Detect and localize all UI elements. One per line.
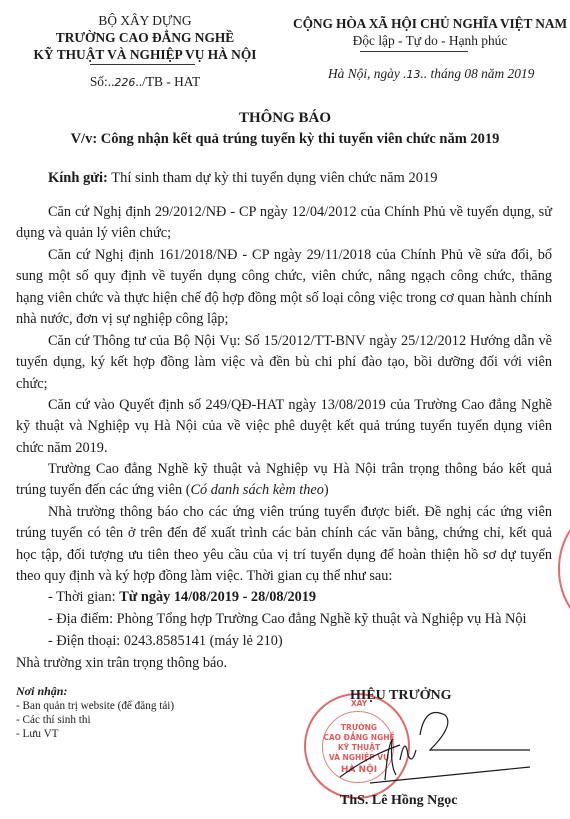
ministry-name: BỘ XÂY DỰNG [0,13,290,29]
detail-place: - Địa điểm: Phòng Tổng hợp Trường Cao đẳ… [48,611,526,628]
announcement-paragraph: Trường Cao đẳng Nghề kỹ thuật và Nghiệp … [16,459,552,502]
request-text: Nhà trường thông báo cho các ứng viên tr… [16,504,552,584]
notice-subject: V/v: Công nhận kết quả trúng tuyển kỳ th… [0,131,570,148]
legal-basis-2: Căn cứ Nghị định 161/2018/NĐ - CP ngày 2… [16,245,552,331]
header-left-rule [90,64,195,65]
closing-line: Nhà trường xin trân trọng thông báo. [16,655,227,672]
time-label: - Thời gian: [48,589,119,605]
signer-name: ThS. Lê Hồng Ngọc [340,793,457,809]
stamp-edge-decoration [558,512,570,626]
republic-name: CỘNG HÒA XÃ HỘI CHỦ NGHĨA VIỆT NAM [290,16,570,32]
announcement-close: ) [324,482,329,498]
date-day-handwritten: 13 [406,68,420,81]
detail-phone: - Điện thoại: 0243.8585141 (máy lẻ 210) [48,633,283,650]
doc-number-prefix: Số:.. [90,74,115,89]
handwritten-signature-icon [330,705,530,785]
doc-number-handwritten: 226 [114,76,135,89]
legal-basis-4-text: Căn cứ vào Quyết định số 249/QĐ-HAT ngày… [16,397,552,456]
legal-basis-3: Căn cứ Thông tư của Bộ Nội Vụ: Số 15/201… [16,331,552,395]
time-value: Từ ngày 14/08/2019 - 28/08/2019 [119,589,316,605]
detail-time: - Thời gian: Từ ngày 14/08/2019 - 28/08/… [48,589,316,606]
school-name-line2: KỸ THUẬT VÀ NGHIỆP VỤ HÀ NỘI [0,47,290,63]
date-prefix: Hà Nội, ngày . [328,66,406,81]
national-motto: Độc lập - Tự do - Hạnh phúc [290,33,570,49]
addressee-value: Thí sinh tham dự kỳ thi tuyển dụng viên … [111,170,437,186]
legal-basis-2-text: Căn cứ Nghị định 161/2018/NĐ - CP ngày 2… [16,247,552,327]
recipient-item: - Lưu VT [16,728,59,740]
legal-basis-1-text: Căn cứ Nghị định 29/2012/NĐ - CP ngày 12… [16,204,552,241]
legal-basis-3-text: Căn cứ Thông tư của Bộ Nội Vụ: Số 15/201… [16,333,552,392]
place-date: Hà Nội, ngày .13.. tháng 08 năm 2019 [328,66,534,82]
doc-number-suffix: ../TB - HAT [135,74,200,89]
addressee: Kính gửi: Thí sinh tham dự kỳ thi tuyển … [48,170,437,187]
school-name-line1: TRƯỜNG CAO ĐẲNG NGHỀ [0,30,290,46]
legal-basis-1: Căn cứ Nghị định 29/2012/NĐ - CP ngày 12… [16,202,552,245]
header-right-rule [360,51,468,52]
date-suffix: .. tháng 08 năm 2019 [420,66,534,81]
recipients-label: Nơi nhận: [16,684,67,699]
addressee-label: Kính gửi: [48,170,108,186]
recipient-item: - Các thí sinh thi [16,714,91,726]
recipient-item: - Ban quản trị website (để đăng tải) [16,700,174,712]
request-paragraph: Nhà trường thông báo cho các ứng viên tr… [16,502,552,588]
legal-basis-4: Căn cứ vào Quyết định số 249/QĐ-HAT ngày… [16,395,552,459]
document-number: Số:..226../TB - HAT [0,74,290,90]
attachment-note: Có danh sách kèm theo [191,482,324,498]
signer-position: HIỆU TRƯỞNG [350,688,452,704]
notice-heading: THÔNG BÁO [0,110,570,127]
